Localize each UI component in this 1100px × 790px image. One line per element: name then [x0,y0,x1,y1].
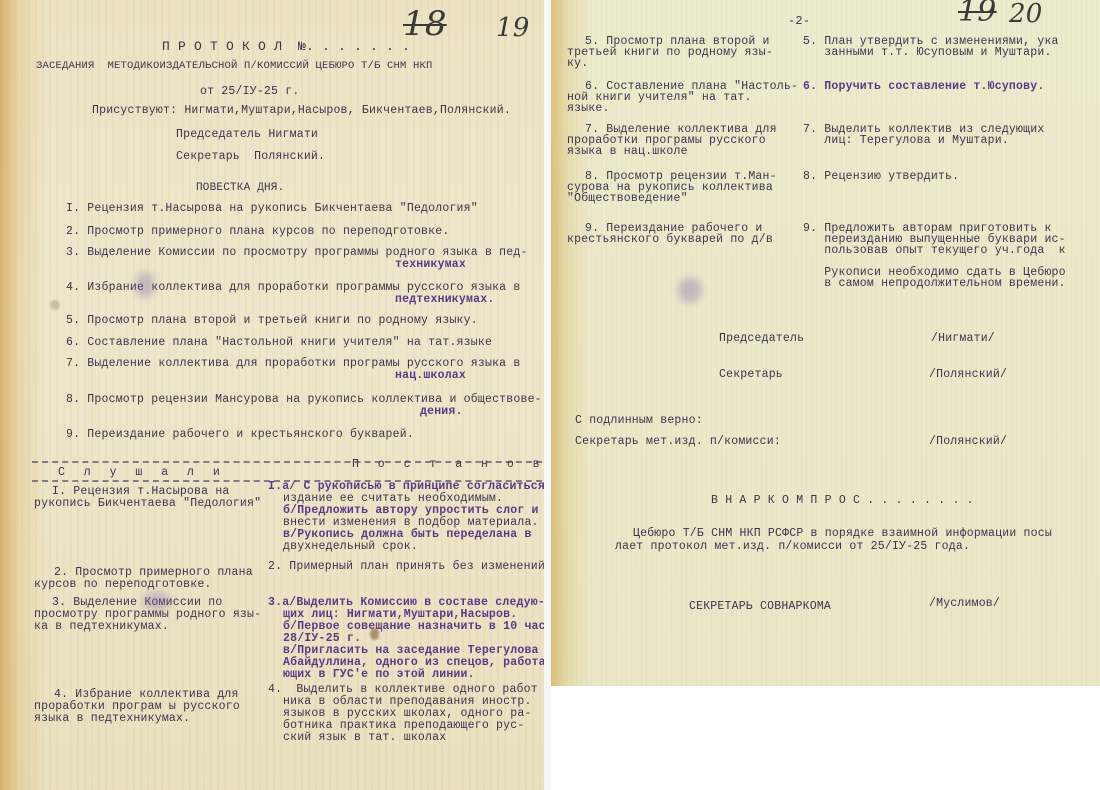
minutes-heard-line: курсов по переподготовке. [34,578,212,591]
transmittal-line-2: лает протокол мет.изд. п/комисси от 25/I… [615,540,970,553]
meeting-date: от 25/IУ-25 г. [200,85,299,98]
archive-number-struck: 18 [403,18,447,31]
final-signature-name: /Муслимов/ [929,597,1000,610]
archive-number: 19 [496,22,529,35]
protocol-title: П Р О Т О К О Л №. . . . . . . [162,40,410,53]
page-gutter [544,0,551,790]
minutes-heard-line: языка в педтехникумах. [34,712,190,725]
resolved-header: П о с т а н о в и л и . [352,458,544,471]
minutes-resolved-line: 8. Рецензию утвердить. [803,170,959,183]
signature-role-secretary: Секретарь [719,368,783,381]
agenda-item: 9. Переиздание рабочего и крестьянского … [66,428,414,441]
minutes-heard-line: рукопись Бикчентаева "Педология" [34,497,261,510]
document-page-left: 18 19 П Р О Т О К О Л №. . . . . . . ЗАС… [0,0,544,790]
agenda-item-continuation: техникумах [395,258,466,271]
minutes-heard-line: третьей книги по родному язы- [567,46,773,59]
minutes-heard-line: ка в педтехникумах. [34,620,169,633]
agenda-item-continuation: нац.школах [395,369,466,382]
transmittal-line-1: Цебюро Т/Б СНМ НКП РСФСР в порядке взаим… [633,527,1052,540]
agenda-item: 8. Просмотр рецензии Мансурова на рукопи… [66,393,542,406]
minutes-heard-line: языка в нац.школе [567,145,688,158]
secretary: Секретарь Полянский. [176,150,325,163]
minutes-resolved-line: 6. Поручить составление т.Юсупову. [803,80,1044,93]
archive-number: 20 [1009,8,1042,21]
minutes-resolved-line: в самом непродолжительном времени. [803,277,1066,290]
protocol-subtitle: ЗАСЕДАНИЯ МЕТОДИКОИЗДАТЕЛЬСНОЙ П/КОМИССИ… [36,60,433,73]
archive-number-struck: 19 [958,5,997,18]
minutes-resolved-line: лиц: Терегулова и Муштари. [803,134,1009,147]
agenda-item: 5. Просмотр плана второй и третьей книги… [66,314,478,327]
certified-copy-label: С подлинным верно: [575,414,703,427]
heard-header: С л у ш а л и [58,466,226,479]
agenda-item-continuation: дения. [420,405,463,418]
signature-role-chairman: Председатель [719,332,804,345]
minutes-resolved-line: двухнедельный срок. [283,540,418,553]
agenda-item-continuation: педтехникумах. [395,293,494,306]
minutes-heard-line: ку. [567,57,588,70]
certified-role: Секретарь мет.изд. п/комисси: [575,435,781,448]
minutes-resolved-line: 2. Примерный план принять без изменений [268,560,544,573]
certified-name: /Полянский/ [929,435,1007,448]
addressee: В Н А Р К О М П Р О С . . . . . . . . [711,494,974,507]
agenda-item: 2. Просмотр примерного плана курсов по п… [66,225,449,238]
minutes-resolved-line: ющих в ГУС'е по этой линии. [283,668,475,681]
chairman: Председатель Нигмати [176,128,318,141]
agenda-item: 6. Составление плана "Настольной книги у… [66,336,492,349]
minutes-heard-line: крестьянского букварей по д/в [567,233,773,246]
page-marker: -2- [788,15,810,28]
final-signature-role: СЕКРЕТАРЬ СОВНАРКОМА [689,600,831,613]
minutes-heard-line: языке. [567,102,610,115]
minutes-resolved-line: ский язык в тат. школах [283,731,446,744]
agenda-title: ПОВЕСТКА ДНЯ. [196,182,284,195]
document-page-right: -2- 19 20 5. Просмотр плана второй итрет… [551,0,1100,686]
minutes-heard-line: "Обществоведение" [567,192,688,205]
signature-name-chairman: /Нигмати/ [931,332,995,345]
attendees: Присуствуют: Нигмати,Муштари,Насыров, Би… [92,104,511,117]
minutes-resolved-line: пользовав опыт текущего уч.года к [803,244,1066,257]
signature-name-secretary: /Полянский/ [929,368,1007,381]
minutes-resolved-line: занными т.т. Юсуповым и Муштари. [803,46,1052,59]
agenda-item: I. Рецензия т.Насырова на рукопись Бикче… [66,202,478,215]
